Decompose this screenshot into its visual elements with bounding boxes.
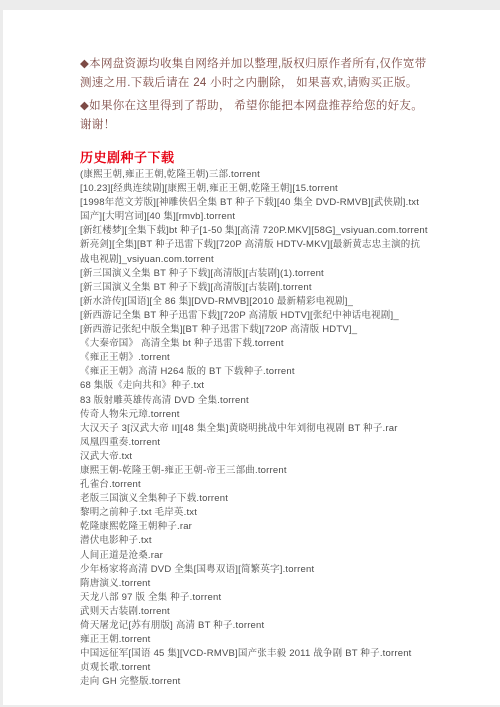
torrent-list: (康熙王朝,雍正王朝,乾隆王朝)三部.torrent[10.23][经典连续剧]… — [80, 168, 428, 689]
list-item[interactable]: [1998年范文芳版][神雕侠侣全集 BT 种子下载][40 集全 DVD-RM… — [80, 196, 428, 210]
disclaimer-notice: ◆本网盘资源均收集自网络并加以整理,版权归原作者所有,仅作宽带测速之用.下载后请… — [80, 55, 428, 93]
list-item[interactable]: 潜伏电影种子.txt — [80, 534, 428, 548]
list-item[interactable]: 《大秦帝国》 高清全集 bt 种子迅雷下载.torrent — [80, 337, 428, 351]
list-item[interactable]: 孔雀台.torrent — [80, 478, 428, 492]
list-item[interactable]: 《雍正王朝》高清 H264 版的 BT 下载种子.torrent — [80, 365, 428, 379]
list-item[interactable]: 走向 GH 完整版.torrent — [80, 675, 428, 689]
list-item[interactable]: [10.23][经典连续剧][康熙王朝,雍正王朝,乾隆王朝][15.torren… — [80, 182, 428, 196]
list-item[interactable]: [新西游记全集 BT 种子迅雷下载][720P 高清版 HDTV][张纪中神话电… — [80, 309, 428, 323]
list-item[interactable]: [新红楼梦][全集下载]bt 种子[1-50 集][高清 720P.MKV][5… — [80, 224, 428, 266]
list-item[interactable]: 雍正王朝.torrent — [80, 633, 428, 647]
list-item[interactable]: [新水浒传][国语][全 86 集][DVD-RMVB][2010 最新精彩电视… — [80, 295, 428, 309]
list-item[interactable]: 凤凰四重奏.torrent — [80, 436, 428, 450]
list-item[interactable]: 少年杨家将高清 DVD 全集[国粤双语][简繁英字].torrent — [80, 563, 428, 577]
list-item[interactable]: 83 版射雕英雄传高清 DVD 全集.torrent — [80, 394, 428, 408]
list-item[interactable]: 康熙王朝-乾隆王朝-雍正王朝-帝王三部曲.torrent — [80, 464, 428, 478]
list-item[interactable]: [新三国演义全集 BT 种子下载][高清版][古装剧](1).torrent — [80, 267, 428, 281]
list-item[interactable]: 黎明之前种子.txt 毛岸英.txt — [80, 506, 428, 520]
list-item[interactable]: 人间正道是沧桑.rar — [80, 549, 428, 563]
list-item[interactable]: 乾隆康熙乾隆王朝种子.rar — [80, 520, 428, 534]
recommend-notice: ◆如果你在这里得到了帮助， 希望你能把本网盘推荐给您的好友。谢谢！ — [80, 97, 428, 135]
list-item[interactable]: 隋唐演义.torrent — [80, 577, 428, 591]
list-item[interactable]: 《雍正王朝》.torrent — [80, 351, 428, 365]
list-item[interactable]: 大汉天子 3[汉武大帝 II][48 集全集]黄晓明挑战中年刘彻电视剧 BT 种… — [80, 422, 428, 436]
page-content: ◆本网盘资源均收集自网络并加以整理,版权归原作者所有,仅作宽带测速之用.下载后请… — [3, 10, 428, 689]
list-item[interactable]: 天龙八部 97 版 全集 种子.torrent — [80, 591, 428, 605]
list-item[interactable]: 武则天古装剧.torrent — [80, 605, 428, 619]
list-item[interactable]: 中国远征军[国语 45 集][VCD-RMVB]国产张丰毅 2011 战争剧 B… — [80, 647, 428, 661]
list-item[interactable]: 68 集版《走向共和》种子.txt — [80, 379, 428, 393]
list-item[interactable]: 老版三国演义全集种子下载.torrent — [80, 492, 428, 506]
list-item[interactable]: 汉武大帝.txt — [80, 450, 428, 464]
page-title: 历史剧种子下载 — [80, 147, 428, 166]
list-item[interactable]: 贞观长歌.torrent — [80, 661, 428, 675]
list-item[interactable]: [新三国演义全集 BT 种子下载][高清版][古装剧].torrent — [80, 281, 428, 295]
list-item[interactable]: 倚天屠龙记[苏有朋版] 高清 BT 种子.torrent — [80, 619, 428, 633]
page: ◆本网盘资源均收集自网络并加以整理,版权归原作者所有,仅作宽带测速之用.下载后请… — [3, 10, 500, 705]
list-item[interactable]: 传奇人物朱元璋.torrent — [80, 408, 428, 422]
list-item[interactable]: 国产][大明宫词][40 集][rmvb].torrent — [80, 210, 428, 224]
list-item[interactable]: [新西游记张纪中版全集][BT 种子迅雷下载][720P 高清版 HDTV]_ — [80, 323, 428, 337]
list-item[interactable]: (康熙王朝,雍正王朝,乾隆王朝)三部.torrent — [80, 168, 428, 182]
